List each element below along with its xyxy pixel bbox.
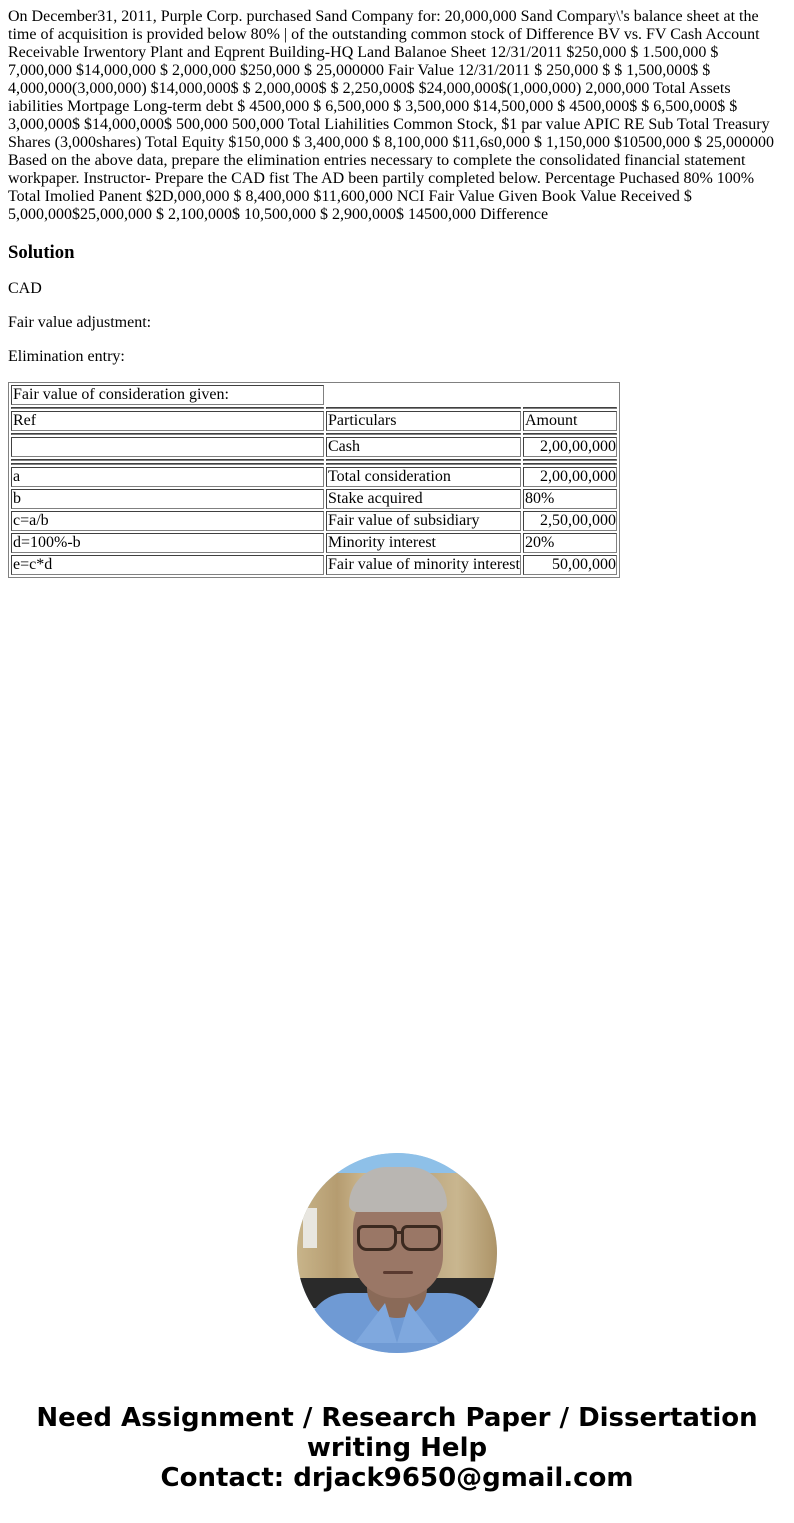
- cell-ref: a: [11, 467, 324, 487]
- promo-line-1: Need Assignment / Research Paper / Disse…: [0, 1403, 794, 1433]
- cell-amount: 20%: [523, 533, 617, 553]
- cell-particulars: Fair value of minority interest: [326, 555, 521, 575]
- cell-amount: 2,50,00,000: [523, 511, 617, 531]
- table-caption: Fair value of consideration given:: [11, 385, 324, 405]
- table-row: a Total consideration 2,00,00,000: [11, 467, 617, 487]
- table-row: b Stake acquired 80%: [11, 489, 617, 509]
- table-row: Cash 2,00,00,000: [11, 437, 617, 457]
- solution-heading: Solution: [8, 242, 786, 264]
- cell-particulars: Cash: [326, 437, 521, 457]
- header-amount: Amount: [523, 411, 617, 431]
- cell-amount: 2,00,00,000: [523, 437, 617, 457]
- cell-ref: c=a/b: [11, 511, 324, 531]
- header-particulars: Particulars: [326, 411, 521, 431]
- table-row: d=100%-b Minority interest 20%: [11, 533, 617, 553]
- table-caption-row: Fair value of consideration given:: [11, 385, 617, 405]
- author-avatar: [297, 1153, 497, 1353]
- promo-banner: Need Assignment / Research Paper / Disse…: [0, 1403, 794, 1493]
- question-text: On December31, 2011, Purple Corp. purcha…: [8, 8, 786, 224]
- page-content: On December31, 2011, Purple Corp. purcha…: [0, 0, 794, 578]
- cell-amount: 2,00,00,000: [523, 467, 617, 487]
- cell-particulars: Fair value of subsidiary: [326, 511, 521, 531]
- cad-label: CAD: [8, 280, 786, 298]
- cell-ref: e=c*d: [11, 555, 324, 575]
- promo-line-2: writing Help: [0, 1433, 794, 1463]
- cell-particulars: Stake acquired: [326, 489, 521, 509]
- cell-particulars: Total consideration: [326, 467, 521, 487]
- cell-amount: 80%: [523, 489, 617, 509]
- fair-value-adjustment-label: Fair value adjustment:: [8, 314, 786, 332]
- table-row: e=c*d Fair value of minority interest 50…: [11, 555, 617, 575]
- table-header-row: Ref Particulars Amount: [11, 411, 617, 431]
- promo-contact: Contact: drjack9650@gmail.com: [0, 1463, 794, 1493]
- header-ref: Ref: [11, 411, 324, 431]
- glasses-icon: [357, 1225, 397, 1251]
- fair-value-table: Fair value of consideration given: Ref P…: [8, 382, 620, 578]
- cell-ref: b: [11, 489, 324, 509]
- cell-ref: [11, 437, 324, 457]
- elimination-entry-label: Elimination entry:: [8, 348, 786, 366]
- cell-particulars: Minority interest: [326, 533, 521, 553]
- table-row: c=a/b Fair value of subsidiary 2,50,00,0…: [11, 511, 617, 531]
- cell-amount: 50,00,000: [523, 555, 617, 575]
- cell-ref: d=100%-b: [11, 533, 324, 553]
